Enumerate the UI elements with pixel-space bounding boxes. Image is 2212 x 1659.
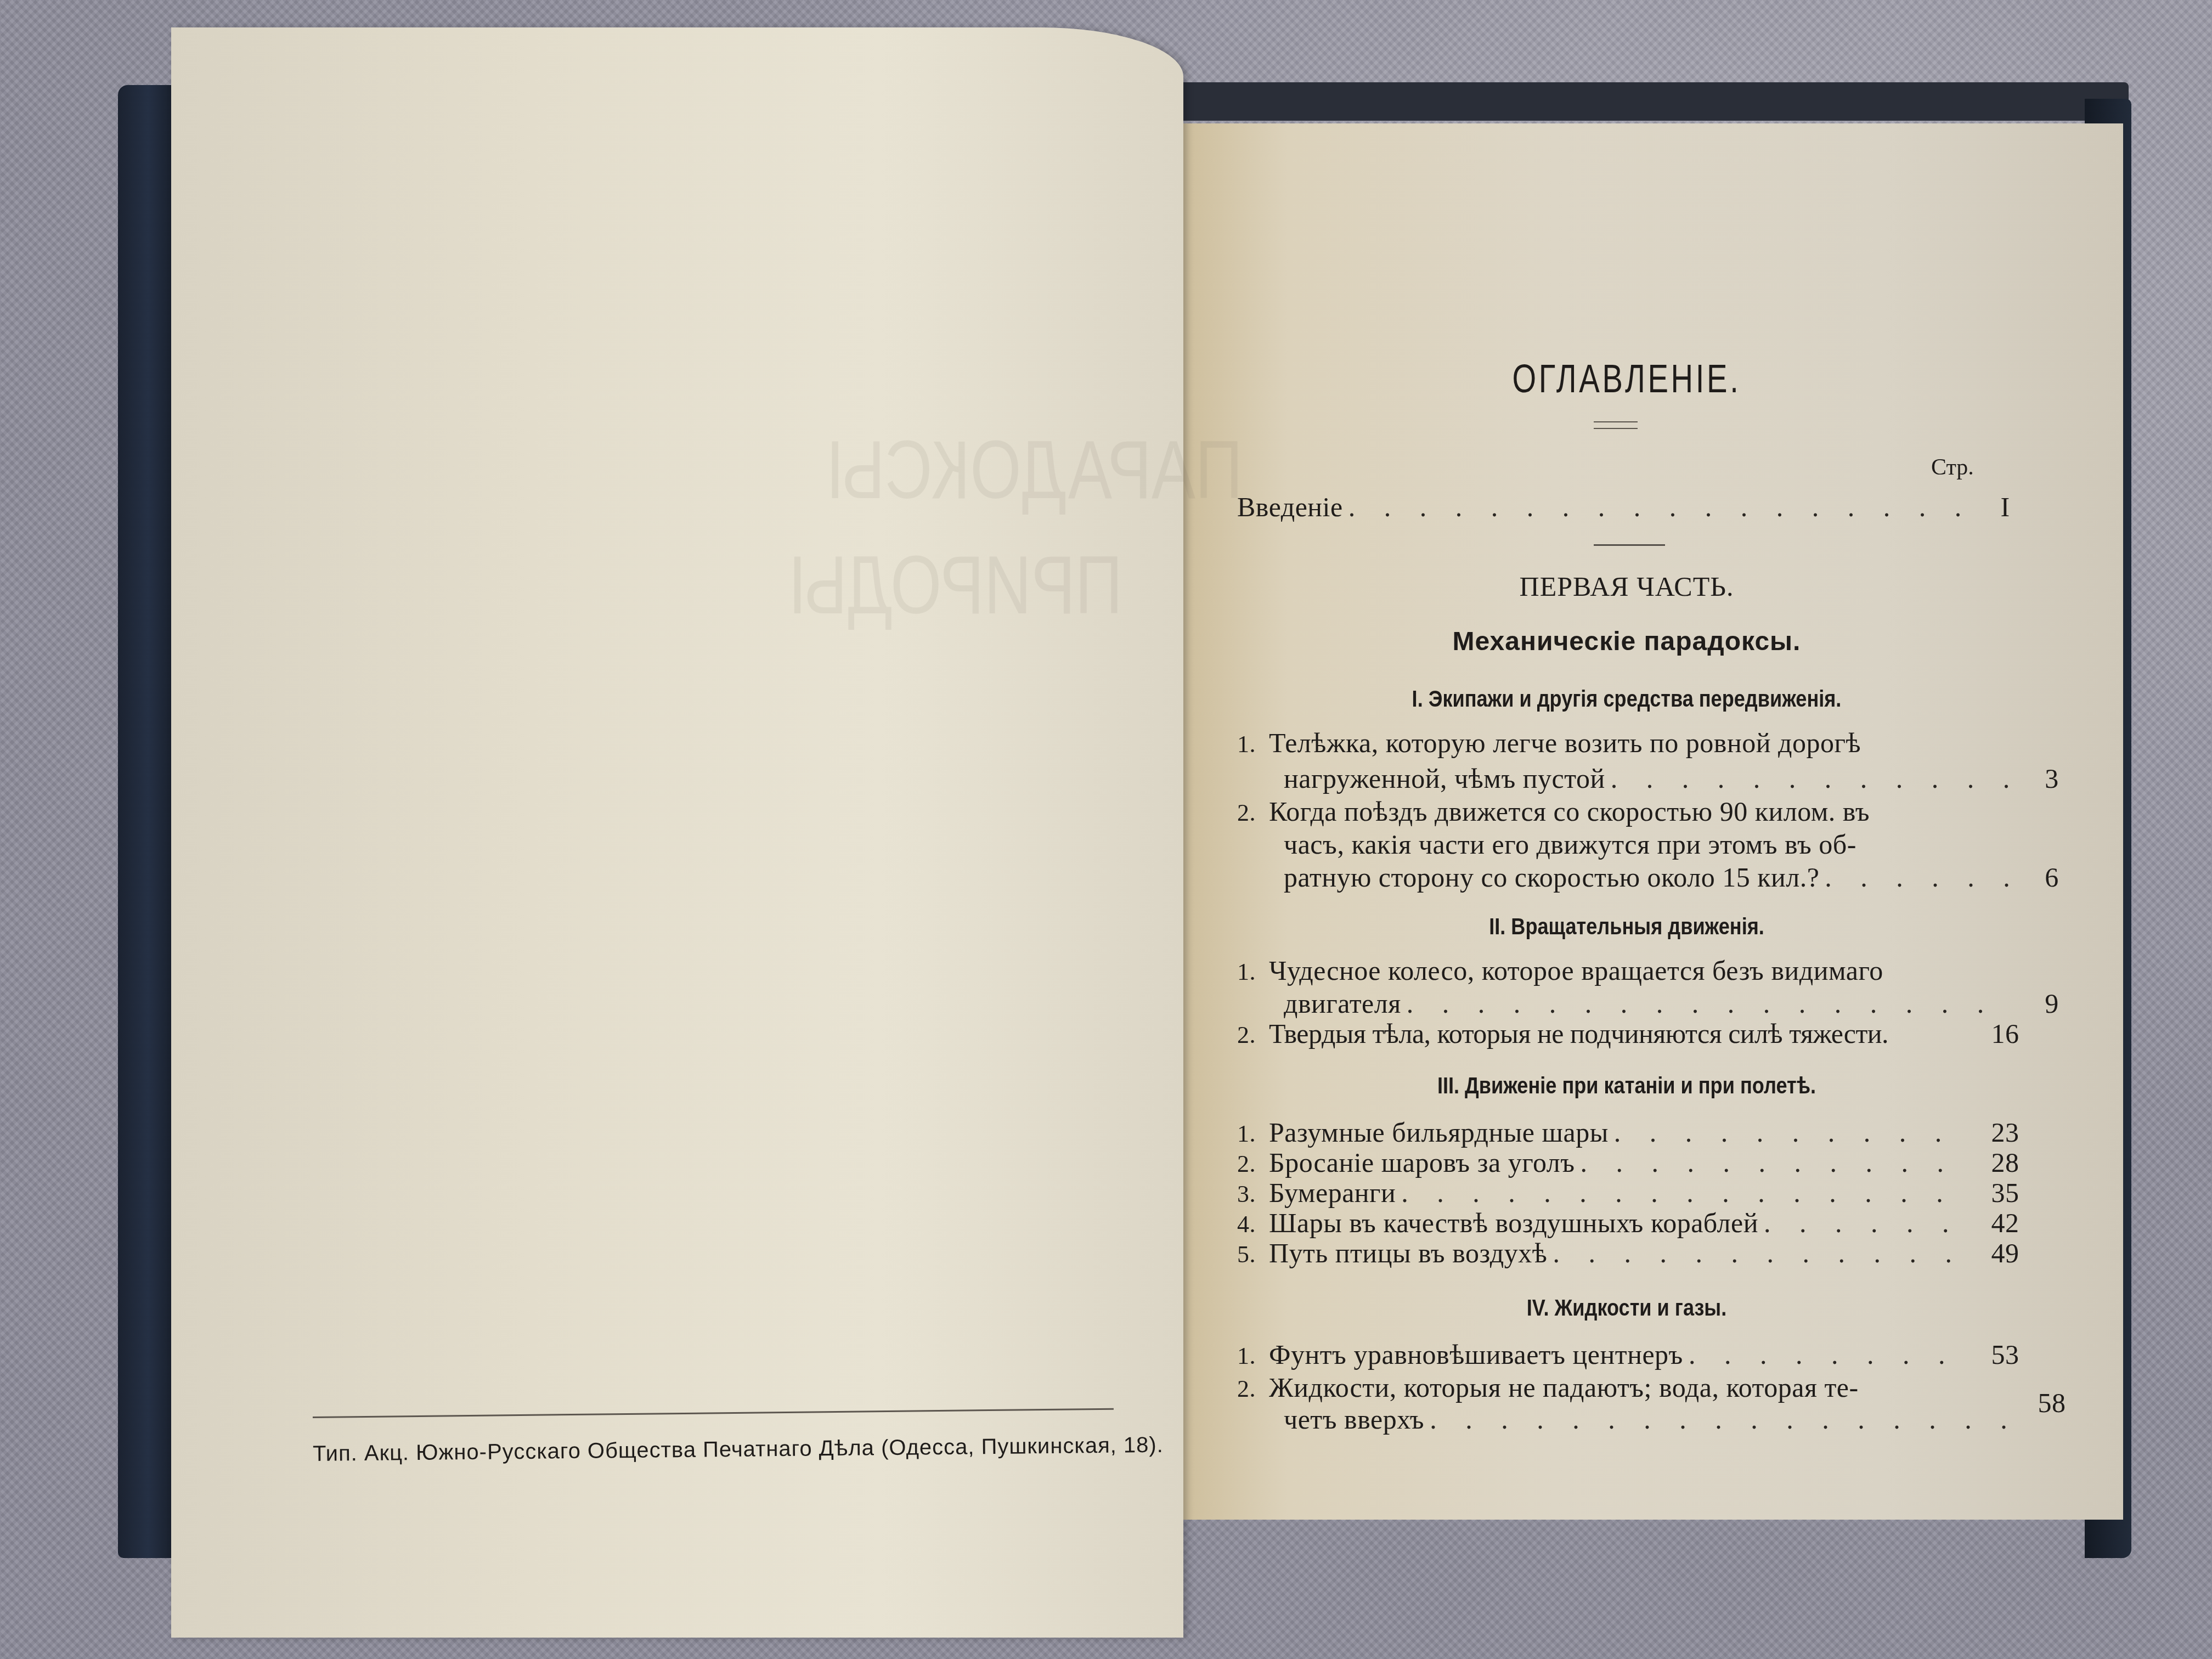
page-number: 53 [1978,1339,2033,1370]
dot-leader: . . . . . . . . . . . . . . . . . . . . … [1689,1339,1967,1370]
page-number: 9 [2024,988,2079,1019]
page-number: 28 [1978,1147,2033,1178]
entry-number: 2. [1237,1375,1269,1403]
toc-entry-continued[interactable]: нагруженной, чѣмъ пустой . . . . . . . .… [1237,763,2019,794]
dot-leader: . . . . . . . . . . . . . . . . . . . . … [1581,1147,1967,1178]
section-rule [1594,544,1665,546]
toc-entry[interactable]: 1. Чудесное колесо, которое вращается бе… [1237,955,1972,986]
title-double-rule [1594,421,1638,429]
page-number: 49 [1978,1237,2033,1269]
toc-entry[interactable]: 5. Путь птицы въ воздухѣ . . . . . . . .… [1237,1237,1972,1269]
entry-number: 1. [1237,1342,1269,1370]
chapter-heading-1: I. Экипажи и другія средства передвижені… [1291,686,1961,712]
dot-leader: . . . . . . . . . . . . . . . . . . . . … [1401,1177,1967,1209]
entry-number: 1. [1237,1120,1269,1148]
entry-text: нагруженной, чѣмъ пустой [1284,763,1605,794]
toc-entry[interactable]: 4. Шары въ качествѣ воздушныхъ кораблей … [1237,1207,1972,1239]
entry-number: 5. [1237,1240,1269,1268]
dot-leader: . . . . . . . . . . . . . . . . . . . . … [1348,491,1967,523]
entry-text: Когда поѣздъ движется со скоростью 90 ки… [1269,795,1870,827]
toc-entry[interactable]: 2. Твердыя тѣла, которыя не подчиняются … [1237,1018,1972,1049]
chapter-heading-2: II. Вращательныя движенія. [1291,913,1961,940]
toc-entry[interactable]: 3. Бумеранги . . . . . . . . . . . . . .… [1237,1177,1972,1209]
toc-entry[interactable]: 1. Телѣжка, которую легче возить по ровн… [1237,727,1972,759]
entry-text: Телѣжка, которую легче возить по ровной … [1269,727,1861,759]
part-heading: ПЕРВАЯ ЧАСТЬ. [1237,571,2016,602]
book-cover-top-edge [1163,82,2129,121]
entry-text: четъ вверхъ [1284,1403,1424,1435]
toc-entry[interactable]: 2. Бросаніе шаровъ за уголъ . . . . . . … [1237,1147,1972,1178]
toc-entry[interactable]: 1. Разумные бильярдные шары . . . . . . … [1237,1116,1972,1148]
chapter-heading-4: IV. Жидкости и газы. [1291,1295,1961,1321]
entry-text: Бросаніе шаровъ за уголъ [1269,1147,1575,1178]
entry-number: 4. [1237,1210,1269,1238]
toc-entry-continued[interactable]: четъ вверхъ . . . . . . . . . . . . . . … [1237,1403,2019,1435]
book-cover-left-edge [118,85,178,1558]
entry-text: Твердыя тѣла, которыя не подчиняются сил… [1269,1018,1888,1049]
page-number: 3 [2024,763,2079,794]
chapter-heading-3: III. Движеніе при катаніи и при полетѣ. [1291,1073,1961,1099]
entry-number: 2. [1237,1150,1269,1178]
dot-leader: . . . . . . . . . . . . . . . . . . . . … [1825,861,2013,893]
dot-leader: . . . . . . . . . . . . . . . . . . . . … [1611,763,2013,794]
page-number: 16 [1978,1018,2033,1049]
dot-leader: . . . . . . . . . . . . . . . . . . . . … [1614,1116,1967,1148]
entry-text: Путь птицы въ воздухѣ [1269,1237,1547,1269]
entry-text: Шары въ качествѣ воздушныхъ кораблей [1269,1207,1758,1239]
toc-entry-continued[interactable]: двигателя . . . . . . . . . . . . . . . … [1237,988,2019,1019]
toc-entry[interactable]: 2. Жидкости, которыя не падаютъ; вода, к… [1237,1372,1972,1403]
page-number: 42 [1978,1207,2033,1239]
page-number: 35 [1978,1177,2033,1209]
toc-entry[interactable]: 1. Фунтъ уравновѣшиваетъ центнеръ . . . … [1237,1339,1972,1370]
entry-text: Разумные бильярдные шары [1269,1116,1609,1148]
page-number: 6 [2024,861,2079,893]
page-column-label: Стр. [1931,454,1974,481]
dot-leader: . . . . . . . . . . . . . . . . . . . . … [1430,1403,2013,1435]
toc-entry-continued[interactable]: часъ, какія части его движутся при этомъ… [1237,828,2019,860]
toc-title: ОГЛАВЛЕНІЕ. [1323,357,1931,402]
section-heading: Механическіе парадоксы. [1237,627,2016,657]
dot-leader: . . . . . . . . . . . . . . . . . . . . … [1764,1207,1967,1239]
show-through-title-1: ПАРАДОКСЫ [827,422,1243,517]
entry-number: 2. [1237,1021,1269,1049]
toc-entry-continued[interactable]: ратную сторону со скоростью около 15 кил… [1237,861,2019,893]
entry-text: двигателя [1284,988,1401,1019]
show-through-title-2: ПРИРОДЫ [789,538,1122,633]
entry-number: 2. [1237,799,1269,827]
entry-text: Чудесное колесо, которое вращается безъ … [1269,955,1883,986]
entry-text: часъ, какія части его движутся при этомъ… [1284,828,1857,860]
entry-text: ратную сторону со скоростью около 15 кил… [1284,861,1819,893]
entry-number: 1. [1237,958,1269,986]
entry-text: Фунтъ уравновѣшиваетъ центнеръ [1269,1339,1683,1370]
entry-text: Жидкости, которыя не падаютъ; вода, кото… [1269,1372,1859,1403]
page-number: 23 [1978,1116,2033,1148]
page-number: I [1978,491,2033,523]
entry-number: 1. [1237,730,1269,758]
toc-entry[interactable]: 2. Когда поѣздъ движется со скоростью 90… [1237,795,1972,827]
entry-text: Введеніе [1237,491,1343,523]
dot-leader: . . . . . . . . . . . . . . . . . . . . … [1553,1237,1967,1269]
left-page: ПАРАДОКСЫ ПРИРОДЫ [171,27,1183,1638]
toc-entry-introduction[interactable]: Введеніе . . . . . . . . . . . . . . . .… [1237,491,1972,523]
page-number: 58 [2024,1387,2079,1419]
entry-text: Бумеранги [1269,1177,1396,1209]
dot-leader: . . . . . . . . . . . . . . . . . . . . … [1407,988,2013,1019]
entry-number: 3. [1237,1180,1269,1208]
